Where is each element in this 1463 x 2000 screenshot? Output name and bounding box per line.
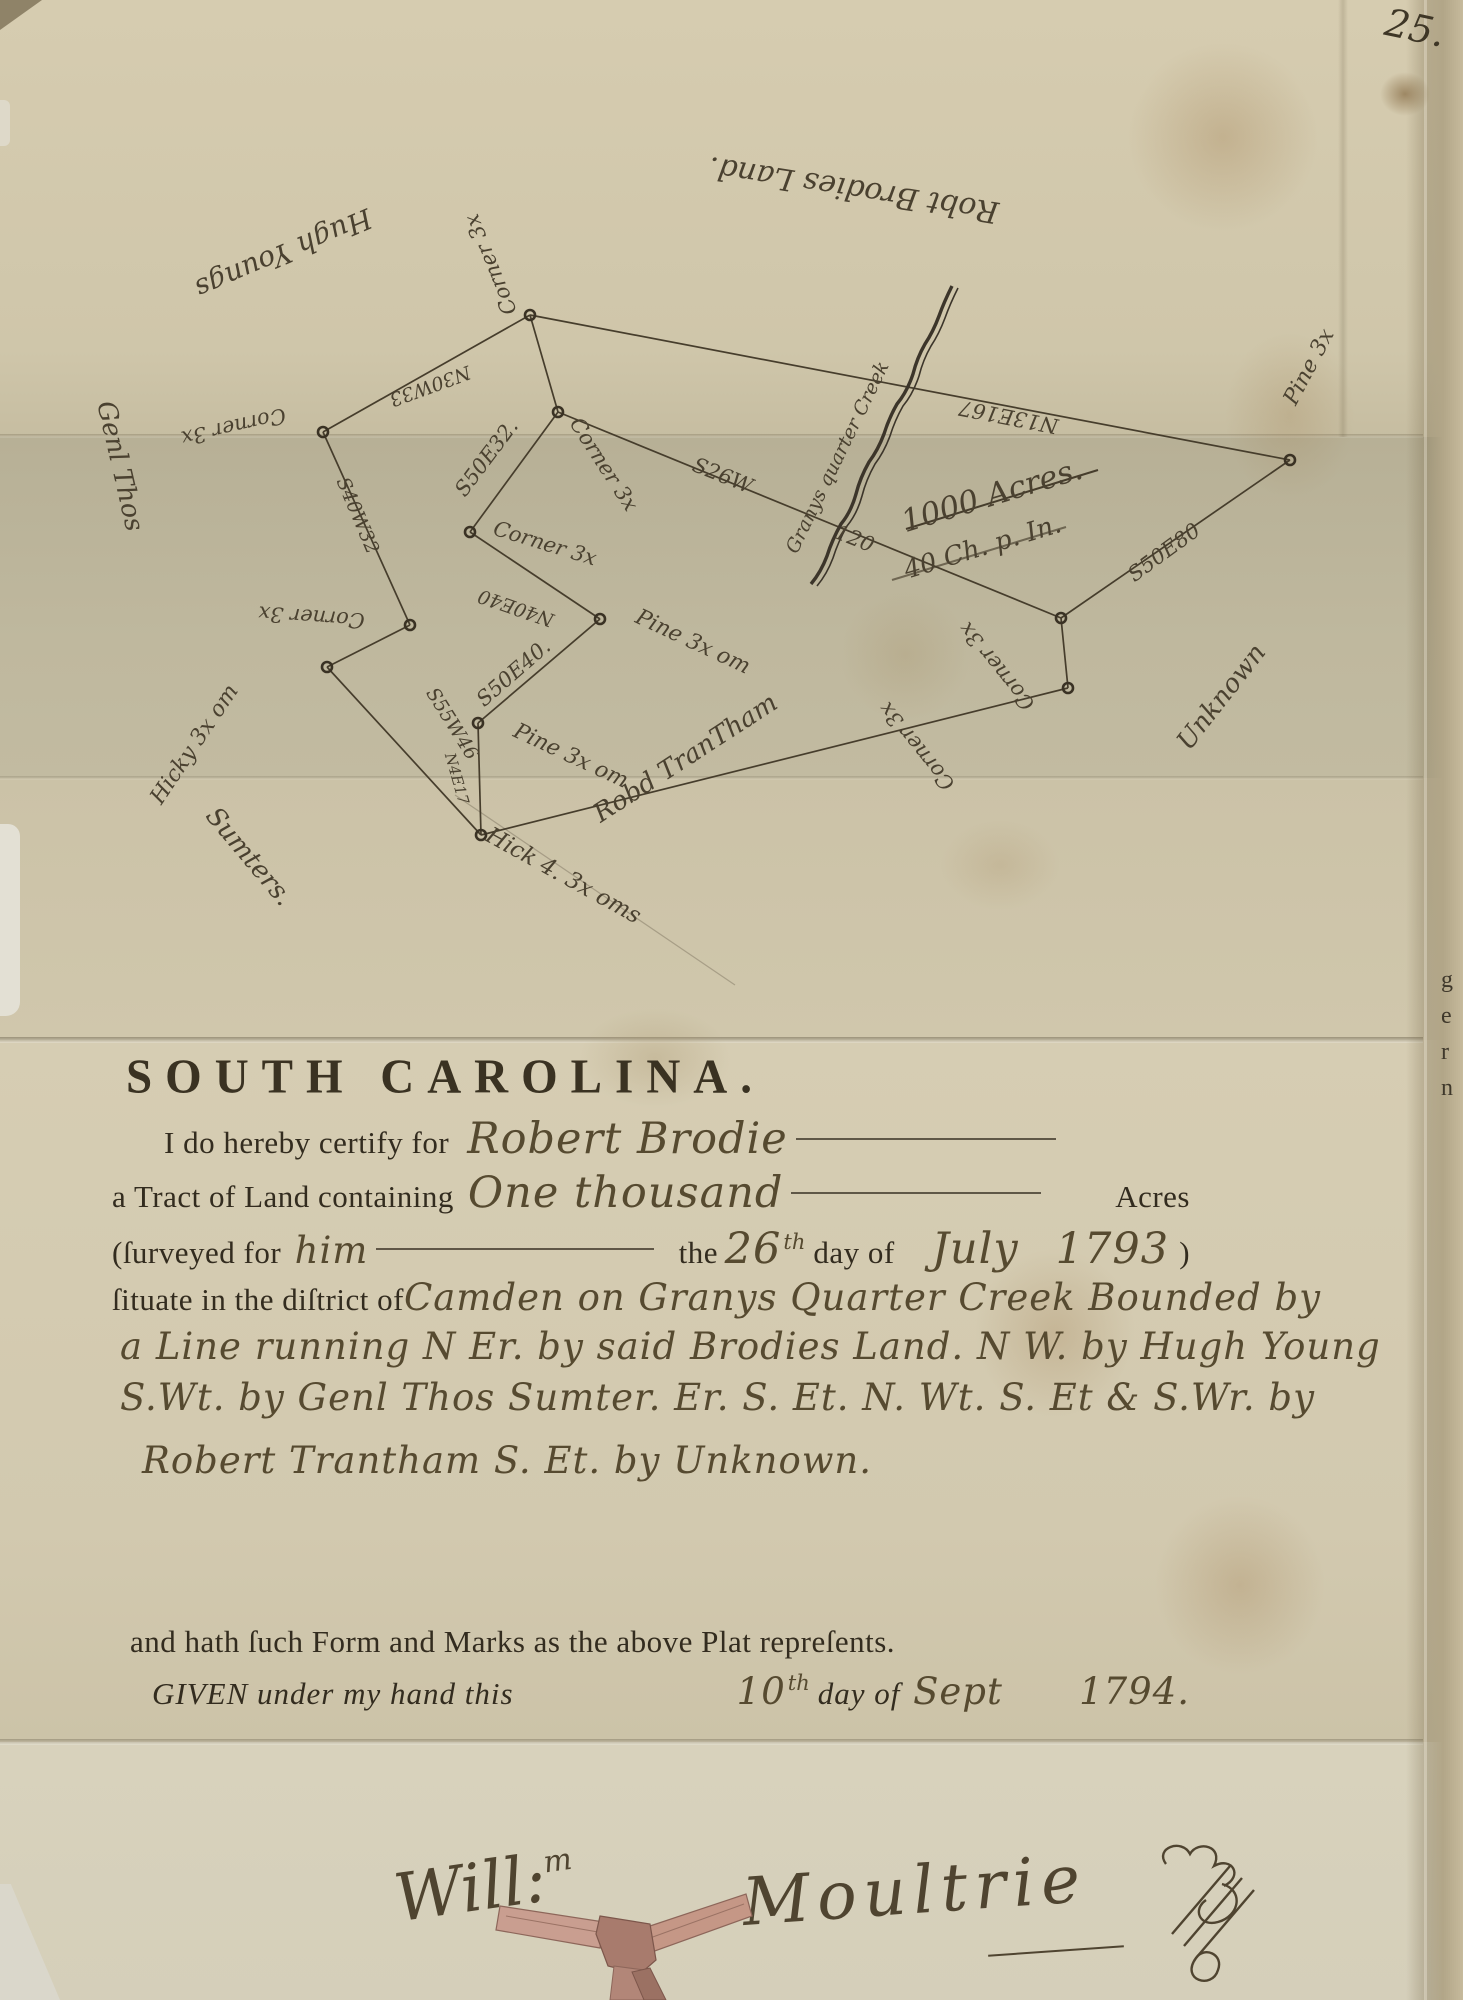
signature-flourish bbox=[1152, 1838, 1272, 1988]
plat-label: Corner 3x bbox=[565, 413, 643, 516]
plat-label: Hicky 3x om bbox=[145, 680, 244, 810]
form-segment: ) bbox=[1179, 1235, 1190, 1271]
form-segment: 10 bbox=[737, 1670, 786, 1713]
form-segment: S.Wt. by Genl Thos Sumter. Er. S. Et. N.… bbox=[120, 1376, 1315, 1419]
plat-label: S26W bbox=[689, 453, 758, 500]
form-segment: and hath ſuch Form and Marks as the abov… bbox=[130, 1624, 895, 1660]
form-segment: day of bbox=[818, 1676, 901, 1712]
form-line: I do hereby certify forRobert Brodie bbox=[164, 1114, 1190, 1164]
plat-label: S50E32. bbox=[450, 415, 523, 501]
form-segment: th bbox=[788, 1671, 810, 1695]
form-line: a Line running N Er. by said Brodies Lan… bbox=[120, 1325, 1190, 1368]
form-line: a Tract of Land containingOne thousandAc… bbox=[112, 1168, 1190, 1218]
form-segment bbox=[796, 1138, 1056, 1140]
plat-boundary-line bbox=[323, 315, 530, 432]
form-segment: 1793 bbox=[1056, 1224, 1169, 1274]
plat-label: Unknown bbox=[1171, 638, 1272, 756]
form-lines: I do hereby certify forRobert Brodiea Tr… bbox=[112, 1114, 1190, 1713]
plat-label: Corner 3x bbox=[954, 617, 1040, 715]
form-segment: GIVEN under my hand this bbox=[152, 1676, 514, 1712]
plat-boundary-line bbox=[1061, 618, 1068, 688]
plat-boundary-line bbox=[530, 315, 1290, 460]
form-segment bbox=[791, 1192, 1041, 1194]
form-segment: 1794. bbox=[1079, 1670, 1190, 1713]
state-header: SOUTH CAROLINA. bbox=[126, 1049, 1190, 1105]
form-segment: the bbox=[679, 1235, 718, 1271]
form-segment: him bbox=[295, 1229, 369, 1272]
form-segment: 26 bbox=[725, 1224, 782, 1274]
form-segment: Sept bbox=[913, 1670, 1003, 1713]
form-line: S.Wt. by Genl Thos Sumter. Er. S. Et. N.… bbox=[120, 1376, 1190, 1419]
form-segment: I do hereby certify for bbox=[164, 1125, 449, 1161]
form-segment: Camden on Granys Quarter Creek Bounded b… bbox=[404, 1276, 1321, 1319]
form-segment: Acres bbox=[1115, 1179, 1190, 1215]
plat-label: Pine 3x om bbox=[509, 718, 632, 793]
form-segment: Robert Brodie bbox=[467, 1114, 788, 1164]
form-line: GIVEN under my hand this10thday ofSept17… bbox=[152, 1670, 1190, 1713]
plat-label: S40W32 bbox=[332, 474, 384, 557]
plat-label: Corner 3x bbox=[257, 601, 365, 632]
form-segment: (ſurveyed for bbox=[112, 1235, 281, 1271]
plat-label: N30W33 bbox=[387, 361, 475, 411]
plat-label: Robd TranTham bbox=[587, 688, 783, 830]
plat-label: Corner 3x bbox=[874, 697, 960, 795]
document-page: { "page": { "number": "25.", "edge_lette… bbox=[0, 0, 1463, 2000]
plat-label: Corner 3x bbox=[179, 403, 288, 450]
plat-label: Hick 4. 3x oms bbox=[480, 822, 645, 929]
plat-label: Pine 3x om bbox=[631, 604, 754, 679]
form-segment: ſituate in the diſtrict of bbox=[112, 1282, 404, 1318]
form-line: and hath ſuch Form and Marks as the abov… bbox=[130, 1624, 1190, 1660]
plat-label: Pine 3x bbox=[1278, 324, 1340, 410]
plat-label: Hugh Youngs bbox=[190, 201, 377, 305]
plat-boundary-line bbox=[478, 723, 481, 835]
form-segment: Robert Trantham S. Et. by Unknown. bbox=[142, 1439, 872, 1482]
form-segment: July bbox=[932, 1224, 1019, 1274]
form-segment: th bbox=[783, 1230, 805, 1254]
form-line: (ſurveyed forhimthe26thday ofJuly1793) bbox=[112, 1224, 1190, 1274]
plat-label: N40E40 bbox=[475, 584, 558, 631]
ribbon bbox=[492, 1872, 782, 2000]
plat-label: S50E80 bbox=[1123, 518, 1204, 586]
plat-label: Corner 3x bbox=[491, 516, 600, 570]
form-line: Robert Trantham S. Et. by Unknown. bbox=[142, 1439, 1190, 1482]
edge-letter: n bbox=[1441, 1070, 1463, 1106]
plat-label: Corner 3x bbox=[459, 211, 521, 319]
certificate-form: SOUTH CAROLINA. I do hereby certify forR… bbox=[112, 1050, 1190, 1713]
plat-label: S50E40. bbox=[472, 634, 556, 711]
form-segment bbox=[376, 1248, 653, 1250]
plat-label: Sumters. bbox=[199, 802, 299, 913]
form-segment: day of bbox=[813, 1235, 894, 1271]
form-segment: One thousand bbox=[468, 1168, 784, 1218]
plat-label: Robt Brodies Land. bbox=[706, 149, 1002, 230]
plat-label: N13E167 bbox=[956, 395, 1061, 438]
form-segment: a Tract of Land containing bbox=[112, 1179, 454, 1215]
survey-plat-drawing: Robt Brodies Land.Hugh YoungsCorner 3xCo… bbox=[0, 0, 1463, 1040]
plat-label: Genl Thos bbox=[90, 398, 149, 534]
plat-labels: Robt Brodies Land.Hugh YoungsCorner 3xCo… bbox=[90, 149, 1340, 929]
plat-label: 120 bbox=[832, 520, 878, 557]
form-line: ſituate in the diſtrict ofCamden on Gran… bbox=[112, 1276, 1190, 1319]
plat-boundary-line bbox=[530, 315, 558, 412]
form-segment: a Line running N Er. by said Brodies Lan… bbox=[120, 1325, 1381, 1368]
